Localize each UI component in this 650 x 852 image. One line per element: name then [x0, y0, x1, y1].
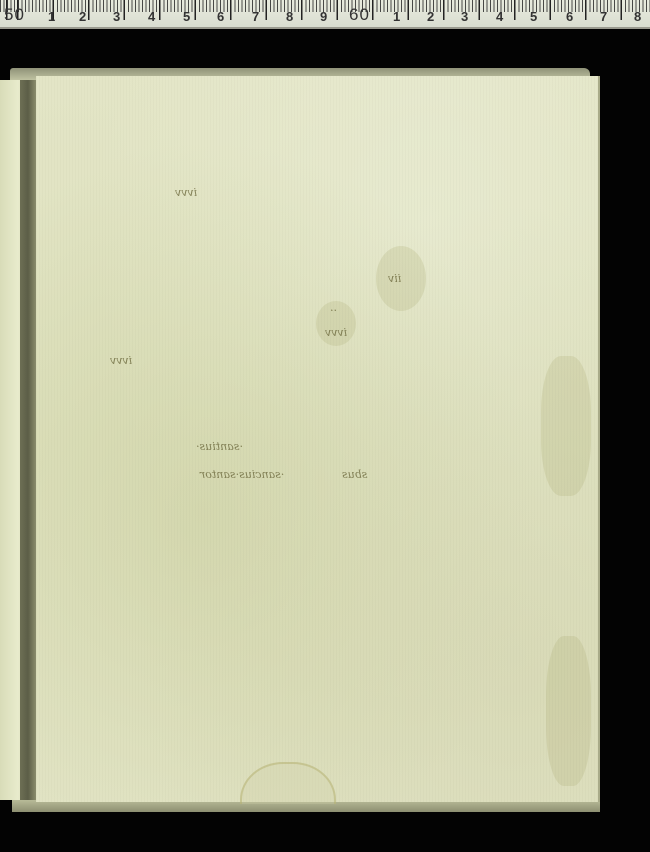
- measurement-ruler: 50 1 2 3 4 5 6 7 8 9 60 1 2 3 4 5 6 7 8: [0, 0, 650, 29]
- ruler-label: 5: [183, 9, 190, 25]
- damp-stain: [546, 636, 591, 786]
- ruler-label: 2: [427, 9, 434, 25]
- ruler-label: 50: [4, 7, 25, 23]
- ruler-label: 9: [320, 9, 327, 25]
- manuscript-leaf: [36, 76, 600, 802]
- ruler-label: 8: [634, 9, 641, 25]
- ruler-label: 7: [600, 9, 607, 25]
- show-through-text: ·santius·: [196, 440, 243, 453]
- ruler-label: 5: [530, 9, 537, 25]
- show-through-text: ·sancius·santor: [200, 468, 284, 481]
- show-through-text: ivvv: [175, 186, 197, 199]
- ruler-label: 3: [461, 9, 468, 25]
- ruler-label: 6: [217, 9, 224, 25]
- ruler-label: 3: [113, 9, 120, 25]
- show-through-text: ··: [330, 304, 337, 317]
- ruler-label: 4: [496, 9, 503, 25]
- ruler-label: 8: [286, 9, 293, 25]
- show-through-text: iiv: [388, 272, 401, 285]
- ruler-label: 1: [48, 9, 55, 25]
- ruler-label: 60: [349, 7, 370, 23]
- ruler-label: 1: [393, 9, 400, 25]
- ruler-label: 2: [79, 9, 86, 25]
- show-through-text: ivvv: [325, 326, 347, 339]
- binding-gutter: [20, 80, 36, 800]
- ruler-label: 6: [566, 9, 573, 25]
- damp-stain: [541, 356, 591, 496]
- show-through-text: ivvv: [110, 354, 132, 367]
- show-through-text: sbus: [342, 468, 367, 481]
- ruler-label: 4: [148, 9, 155, 25]
- ruler-label: 7: [252, 9, 259, 25]
